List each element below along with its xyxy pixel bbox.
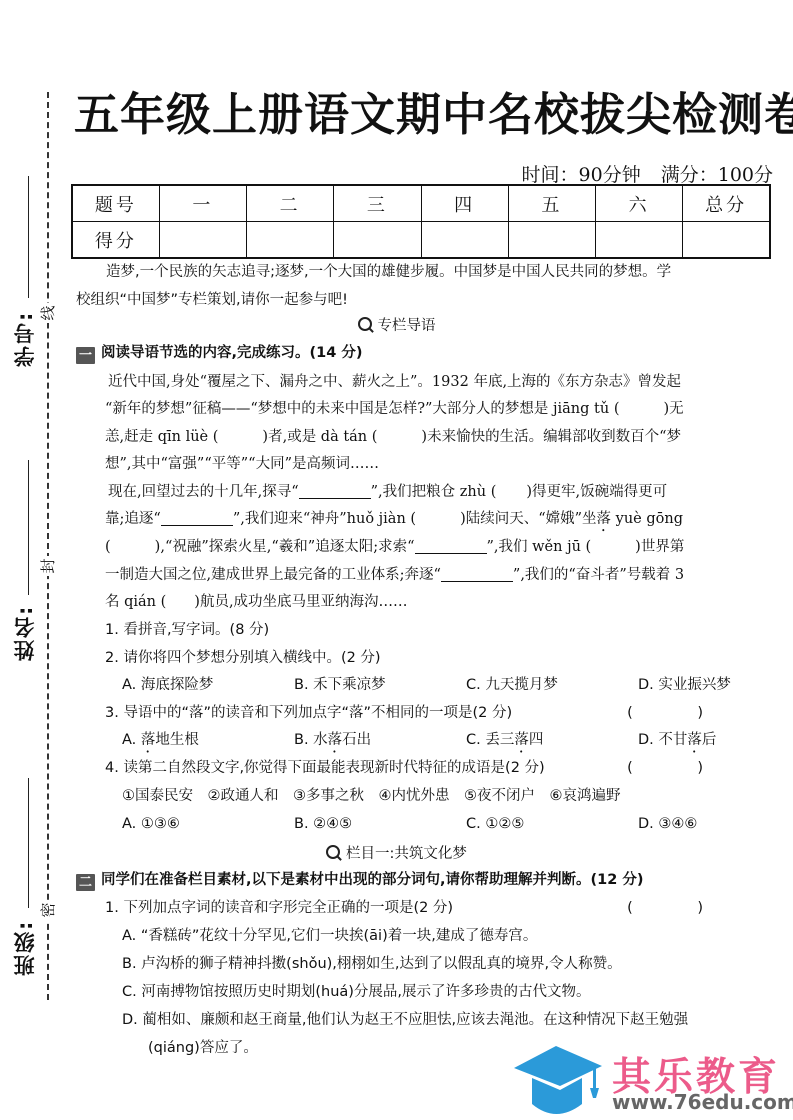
option-b[interactable]: B. 水落石出 xyxy=(294,730,466,756)
section2-column-heading: 栏目一:共筑文化梦 xyxy=(0,842,793,863)
passage-line: 名 qián ()航员,成功坐底马里亚纳海沟…… xyxy=(105,592,793,612)
option-a[interactable]: A. “香糕砖”花纹十分罕见,它们一块挨(āi)着一块,建成了德寿宫。 xyxy=(122,926,793,946)
passage-line: 现在,回望过去的十几年,探寻“”,我们把粮仓 zhù ()得更牢,饭碗端得更可 xyxy=(78,482,793,502)
score-cell[interactable] xyxy=(421,222,508,259)
intro-line-2: 校组织“中国梦”专栏策划,请你一起参与吧! xyxy=(76,290,766,310)
score-table-header-cell: 一 xyxy=(159,185,246,222)
magnifier-icon xyxy=(358,317,372,331)
section2-title: 同学们在准备栏目素材,以下是素材中出现的部分词句,请你帮助理解并判断。(12 分… xyxy=(101,872,644,888)
seal-dashed-line xyxy=(47,92,49,1000)
dotted-char: 落 xyxy=(687,732,702,748)
score-cell[interactable] xyxy=(508,222,595,259)
dotted-char: 落 xyxy=(328,732,343,748)
page-title: 五年级上册语文期中名校拔尖检测卷 xyxy=(74,78,774,143)
option-c[interactable]: C. 河南搏物馆按照历史时期划(huá)分展品,展示了许多珍贵的古代文物。 xyxy=(122,982,793,1002)
dotted-char: 落 xyxy=(141,732,156,748)
section1-column-heading: 专栏导语 xyxy=(0,314,793,335)
score-table-header-cell: 四 xyxy=(421,185,508,222)
answer-parenthesis[interactable]: ( ) xyxy=(627,703,733,723)
fill-in-line[interactable] xyxy=(299,484,371,499)
watermark-logo: 其乐教育 www.76edu.com xyxy=(510,1040,793,1120)
score-table-header-row: 题号 一 二 三 四 五 六 总分 xyxy=(72,185,770,222)
question-2-options: A. 海底探险梦B. 禾下乘凉梦C. 九天揽月梦D. 实业振兴梦 xyxy=(122,675,793,695)
option-a[interactable]: A. 落地生根 xyxy=(122,730,294,756)
option-c[interactable]: C. ①②⑤ xyxy=(466,814,638,834)
question-4-options: A. ①③⑥B. ②④⑤C. ①②⑤D. ③④⑥ xyxy=(122,814,793,834)
student-id-fill-line[interactable] xyxy=(28,176,29,298)
option-d[interactable]: D. 不甘落后 xyxy=(638,730,793,756)
full-score: 满分：100分 xyxy=(661,164,773,186)
section-number-badge: 一 xyxy=(76,347,95,364)
column-heading-text: 栏目一:共筑文化梦 xyxy=(346,846,467,862)
option-a[interactable]: A. 海底探险梦 xyxy=(122,675,294,695)
score-table: 题号 一 二 三 四 五 六 总分 得分 xyxy=(71,184,771,259)
passage-line: 恙,赶走 qīn lüè ()者,或是 dà tán ()未来愉快的生活。编辑部… xyxy=(105,427,793,447)
question-2-stem: 2. 请你将四个梦想分别填入横线中。(2 分) xyxy=(105,648,793,668)
score-table-score-row: 得分 xyxy=(72,222,770,259)
fill-in-line[interactable] xyxy=(441,567,513,582)
score-cell-total[interactable] xyxy=(683,222,770,259)
score-cell[interactable] xyxy=(334,222,421,259)
option-d[interactable]: D. 蔺相如、廉颇和赵王商量,他们认为赵王不应胆怯,应该去渑池。在这种情况下赵王… xyxy=(122,1010,793,1030)
section1-title: 阅读导语节选的内容,完成练习。(14 分) xyxy=(101,345,363,361)
graduation-cap-icon xyxy=(510,1040,610,1120)
fill-in-line[interactable] xyxy=(415,539,487,554)
option-b[interactable]: B. 禾下乘凉梦 xyxy=(294,675,466,695)
fill-in-line[interactable] xyxy=(161,511,233,526)
passage-line: 一制造大国之位,建成世界上最完备的工业体系;奔逐“”,我们的“奋斗者”号载着 3 xyxy=(105,565,793,585)
section-number-badge: 二 xyxy=(76,874,95,891)
question-1-stem: 1. 看拼音,写字词。(8 分) xyxy=(105,620,793,640)
name-fill-line-top[interactable] xyxy=(28,460,29,595)
column-heading-text: 专栏导语 xyxy=(378,318,436,334)
score-table-header-cell: 总分 xyxy=(683,185,770,222)
answer-parenthesis[interactable]: ( ) xyxy=(627,898,733,918)
passage-line: 想”,其中“富强”“平等”“大同”是高频词…… xyxy=(105,454,793,474)
watermark-url: www.76edu.com xyxy=(612,1090,793,1114)
answer-parenthesis[interactable]: ( ) xyxy=(627,758,733,778)
score-cell[interactable] xyxy=(159,222,246,259)
section2-heading: 二同学们在准备栏目素材,以下是素材中出现的部分词句,请你帮助理解并判断。(12 … xyxy=(76,870,766,891)
option-c[interactable]: C. 丢三落四 xyxy=(466,730,638,756)
class-label: 班级: xyxy=(10,915,46,981)
score-table-header-cell: 二 xyxy=(247,185,334,222)
option-a[interactable]: A. ①③⑥ xyxy=(122,814,294,834)
score-table-header-cell: 三 xyxy=(334,185,421,222)
time-limit: 时间：90分钟 xyxy=(522,164,641,186)
passage-line: (),“祝融”探索火星,“羲和”追逐太阳;求索“”,我们 wěn jū ()世界… xyxy=(105,537,793,557)
option-b[interactable]: B. 卢沟桥的狮子精神抖擞(shǒu),栩栩如生,达到了以假乱真的境界,令人称赞… xyxy=(122,954,793,974)
score-table-header-cell: 题号 xyxy=(72,185,159,222)
name-label: 姓名: xyxy=(10,600,46,666)
dotted-char: 落 xyxy=(514,732,529,748)
passage-line: 靠;追逐“”,我们迎来“神舟”huǒ jiàn ()陆续问天、“嫦娥”坐落 yu… xyxy=(105,509,793,535)
exam-meta: 时间：90分钟满分：100分 xyxy=(502,160,773,187)
dotted-char: 落 xyxy=(597,511,612,527)
score-table-header-cell: 五 xyxy=(508,185,595,222)
question-4-idioms: ①国泰民安 ②政通人和 ③多事之秋 ④内忧外患 ⑤夜不闭户 ⑥哀鸿遍野 xyxy=(122,786,793,806)
seal-char-seal: 封 xyxy=(38,556,58,576)
score-cell[interactable] xyxy=(596,222,683,259)
score-cell[interactable] xyxy=(247,222,334,259)
intro-line-1: 造梦,一个民族的矢志追寻;逐梦,一个大国的雄健步履。中国梦是中国人民共同的梦想。… xyxy=(76,262,793,282)
passage-line: 近代中国,身处“覆屋之下、漏舟之中、薪火之上”。1932 年底,上海的《东方杂志… xyxy=(78,372,793,392)
score-row-label: 得分 xyxy=(72,222,159,259)
magnifier-icon xyxy=(326,845,340,859)
option-d[interactable]: D. ③④⑥ xyxy=(638,814,793,834)
option-b[interactable]: B. ②④⑤ xyxy=(294,814,466,834)
seal-char-secret: 密 xyxy=(38,900,58,920)
option-c[interactable]: C. 九天揽月梦 xyxy=(466,675,638,695)
option-d[interactable]: D. 实业振兴梦 xyxy=(638,675,793,695)
section1-heading: 一阅读导语节选的内容,完成练习。(14 分) xyxy=(76,343,766,364)
passage-line: “新年的梦想”征稿——“梦想中的未来中国是怎样?”大部分人的梦想是 jiāng … xyxy=(105,399,793,419)
question-3-options: A. 落地生根B. 水落石出C. 丢三落四D. 不甘落后 xyxy=(122,730,793,756)
score-table-header-cell: 六 xyxy=(596,185,683,222)
